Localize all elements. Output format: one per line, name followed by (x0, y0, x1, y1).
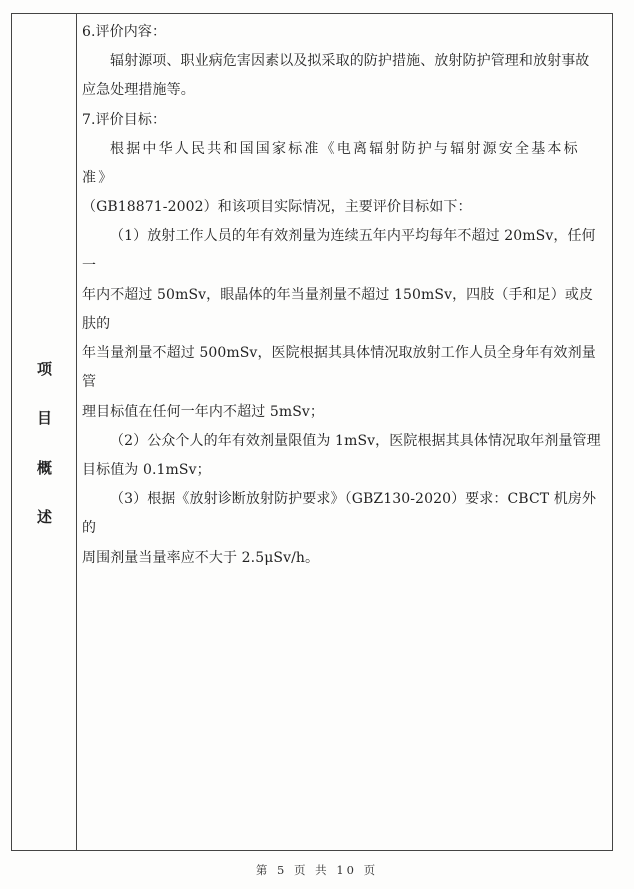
item-3-line: 周围剂量当量率应不大于 2.5μSv/h。 (82, 544, 604, 573)
section-label-char: 目 (12, 407, 77, 428)
paragraph-line: （GB18871-2002）和该项目实际情况，主要评价目标如下： (82, 193, 604, 222)
paragraph-line: 根据中华人民共和国国家标准《电离辐射防护与辐射源安全基本标准》 (82, 135, 604, 193)
item-3-line: （3）根据《放射诊断放射防护要求》（GBZ130-2020）要求：CBCT 机房… (82, 485, 604, 543)
heading-evaluation-content: 6.评价内容： (82, 18, 604, 47)
paragraph-line: 应急处理措施等。 (82, 76, 604, 105)
item-1-line: 年当量剂量不超过 500mSv，医院根据其具体情况取放射工作人员全身年有效剂量管 (82, 339, 604, 397)
form-table: 项 目 概 述 6.评价内容： 辐射源项、职业病危害因素以及拟采取的防护措施、放… (11, 13, 613, 851)
section-label-char: 项 (12, 358, 77, 379)
item-1-line: 年内不超过 50mSv，眼晶体的年当量剂量不超过 150mSv，四肢（手和足）或… (82, 281, 604, 339)
section-label-column: 项 目 概 述 (12, 14, 77, 850)
section-content: 6.评价内容： 辐射源项、职业病危害因素以及拟采取的防护措施、放射防护管理和放射… (82, 18, 604, 573)
section-label-char: 述 (12, 506, 77, 527)
item-2-line: （2）公众个人的年有效剂量限值为 1mSv，医院根据其具体情况取年剂量管理 (82, 427, 604, 456)
item-1-line: 理目标值在任何一年内不超过 5mSv； (82, 398, 604, 427)
item-1-line: （1）放射工作人员的年有效剂量为连续五年内平均每年不超过 20mSv，任何一 (82, 222, 604, 280)
heading-evaluation-target: 7.评价目标： (82, 106, 604, 135)
page-number: 第 5 页 共 10 页 (0, 862, 634, 878)
section-label-char: 概 (12, 457, 77, 478)
paragraph-line: 辐射源项、职业病危害因素以及拟采取的防护措施、放射防护管理和放射事故 (82, 47, 604, 76)
item-2-line: 目标值为 0.1mSv； (82, 456, 604, 485)
